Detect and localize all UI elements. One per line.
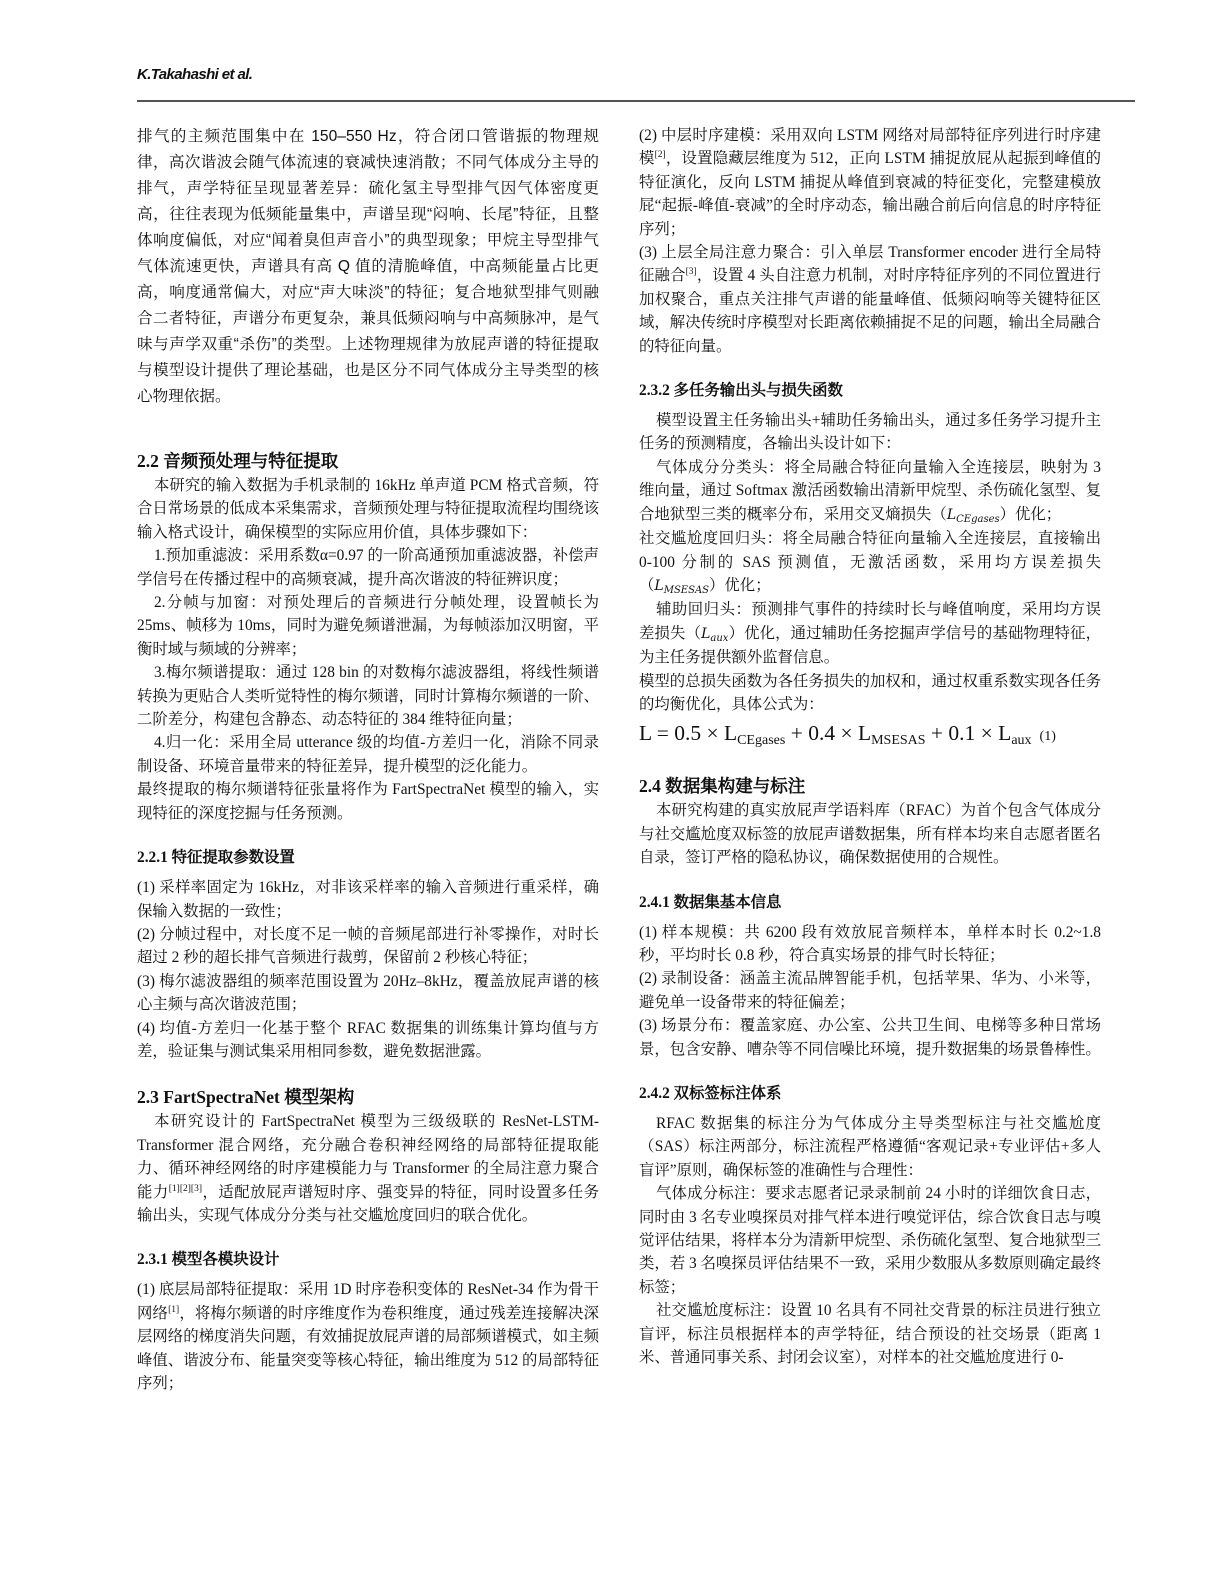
section-2-2-intro: 本研究的输入数据为手机录制的 16kHz 单声道 PCM 格式音频，符合日常场景… <box>137 474 599 544</box>
sas-label-paragraph: 社交尴尬度标注：设置 10 名具有不同社交背景的标注员进行独立盲评，标注员根据样… <box>639 1299 1101 1369</box>
param-item-2: (2) 分帧过程中，对长度不足一帧的音频尾部进行补零操作，对时长超过 2 秒的超… <box>137 923 599 970</box>
loss-symbol-aux: Laux <box>701 626 728 642</box>
param-item-1: (1) 采样率固定为 16kHz，对非该采样率的输入音频进行重采样，确保输入数据… <box>137 876 599 923</box>
preprocess-step-3: 3.梅尔频谱提取：通过 128 bin 的对数梅尔滤波器组，将线性频谱转换为更贴… <box>137 661 599 731</box>
dataset-info-1: (1) 样本规模：共 6200 段有效放屁音频样本，单样本时长 0.2~1.8 … <box>639 921 1101 968</box>
aux-regression-head: 辅助回归头：预测排气事件的持续时长与峰值响度，采用均方误差损失（Laux）优化，… <box>639 598 1101 669</box>
gas-classification-head: 气体成分分类头：将全局融合特征向量输入全连接层，映射为 3 维向量，通过 Sof… <box>639 456 1101 527</box>
section-2-3-intro: 本研究设计的 FartSpectraNet 模型为三级级联的 ResNet-LS… <box>137 1110 599 1227</box>
section-2-3-2-intro: 模型设置主任务输出头+辅助任务输出头，通过多任务学习提升主任务的预测精度，各输出… <box>639 409 1101 456</box>
running-head: K.Takahashi et al. <box>137 66 252 83</box>
preprocess-step-1: 1.预加重滤波：采用系数α=0.97 的一阶高通预加重滤波器，补偿声学信号在传播… <box>137 544 599 591</box>
header-rule <box>137 100 1135 102</box>
citation[interactable]: [2] <box>655 150 666 160</box>
section-2-2-closing: 最终提取的梅尔频谱特征张量将作为 FartSpectraNet 模型的输入，实现… <box>137 778 599 825</box>
intro-paragraph: 排气的主频范围集中在 150–550 Hz，符合闭口管谐振的物理规律，高次谐波会… <box>137 124 599 410</box>
param-item-4: (4) 均值-方差归一化基于整个 RFAC 数据集的训练集计算均值与方差，验证集… <box>137 1017 599 1064</box>
preprocess-step-4: 4.归一化：采用全局 utterance 级的均值-方差归一化，消除不同录制设备… <box>137 731 599 778</box>
total-loss-text: 模型的总损失函数为各任务损失的加权和，通过权重系数实现各任务的均衡优化，具体公式… <box>639 670 1101 717</box>
preprocess-step-2: 2.分帧与加窗：对预处理后的音频进行分帧处理，设置帧长为 25ms、帧移为 10… <box>137 591 599 661</box>
section-2-4-2-heading: 2.4.2 双标签标注体系 <box>639 1082 1101 1106</box>
module-item-1: (1) 底层局部特征提取：采用 1D 时序卷积变体的 ResNet-34 作为骨… <box>137 1278 599 1395</box>
section-2-3-heading: 2.3 FartSpectraNet 模型架构 <box>137 1084 599 1110</box>
module-item-2: (2) 中层时序建模：采用双向 LSTM 网络对局部特征序列进行时序建模[2]，… <box>639 124 1101 241</box>
param-item-3: (3) 梅尔滤波器组的频率范围设置为 20Hz–8kHz，覆盖放屁声谱的核心主频… <box>137 970 599 1017</box>
section-2-3-2-heading: 2.3.2 多任务输出头与损失函数 <box>639 379 1101 403</box>
dataset-info-2: (2) 录制设备：涵盖主流品牌智能手机，包括苹果、华为、小米等，避免单一设备带来… <box>639 967 1101 1014</box>
section-2-2-1-heading: 2.2.1 特征提取参数设置 <box>137 846 599 870</box>
section-2-4-2-intro: RFAC 数据集的标注分为气体成分主导类型标注与社交尴尬度（SAS）标注两部分，… <box>639 1112 1101 1182</box>
dataset-info-3: (3) 场景分布：覆盖家庭、办公室、公共卫生间、电梯等多种日常场景，包含安静、嘈… <box>639 1014 1101 1061</box>
sas-regression-head: 社交尴尬度回归头：将全局融合特征向量输入全连接层，直接输出 0-100 分制的 … <box>639 527 1101 598</box>
citation[interactable]: [1][2][3] <box>169 1184 202 1194</box>
gas-label-paragraph: 气体成分标注：要求志愿者记录录制前 24 小时的详细饮食日志，同时由 3 名专业… <box>639 1182 1101 1299</box>
section-2-2-heading: 2.2 音频预处理与特征提取 <box>137 448 599 474</box>
citation[interactable]: [1] <box>168 1305 179 1315</box>
module-item-3: (3) 上层全局注意力聚合：引入单层 Transformer encoder 进… <box>639 241 1101 358</box>
citation[interactable]: [3] <box>686 267 697 277</box>
equation-number: (1) <box>1040 729 1056 744</box>
section-2-3-1-heading: 2.3.1 模型各模块设计 <box>137 1248 599 1272</box>
left-column: 排气的主频范围集中在 150–550 Hz，符合闭口管谐振的物理规律，高次谐波会… <box>137 124 599 1395</box>
section-2-4-intro: 本研究构建的真实放屁声学语料库（RFAC）为首个包含气体成分与社交尴尬度双标签的… <box>639 799 1101 869</box>
loss-symbol-mse: LMSESAS <box>654 578 709 594</box>
loss-symbol-ce: LCEgases <box>947 507 1000 523</box>
section-2-4-1-heading: 2.4.1 数据集基本信息 <box>639 891 1101 915</box>
right-column: (2) 中层时序建模：采用双向 LSTM 网络对局部特征序列进行时序建模[2]，… <box>639 124 1101 1369</box>
section-2-4-heading: 2.4 数据集构建与标注 <box>639 773 1101 799</box>
total-loss-equation: L = 0.5 × LCEgases + 0.4 × LMSESAS + 0.1… <box>639 718 1101 752</box>
